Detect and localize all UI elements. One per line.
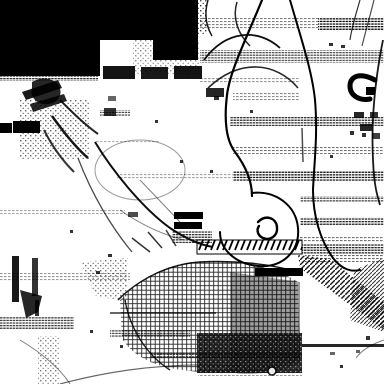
glyph-mark <box>370 112 378 118</box>
glitch-bar-2 <box>174 222 202 229</box>
speck-dot <box>329 43 333 46</box>
black-dash-3 <box>174 66 202 79</box>
streak-band-dark <box>300 217 384 226</box>
speck-dot <box>210 170 213 173</box>
streak-band <box>200 50 384 63</box>
glyph-mark <box>372 133 380 139</box>
speck-dot <box>120 345 123 348</box>
black-dash-2 <box>141 67 168 79</box>
streak-band-dark <box>318 17 384 31</box>
black-region-left <box>0 39 100 76</box>
speck-dot <box>90 330 93 333</box>
streak-band <box>300 236 384 242</box>
streak-band <box>0 208 125 214</box>
speck-dot <box>214 96 219 100</box>
dash-row-352 <box>150 352 302 358</box>
speck-dot <box>96 271 100 274</box>
streak-band <box>233 93 300 101</box>
speck-dot <box>180 160 183 163</box>
small-mark <box>366 336 370 340</box>
glitch-image <box>0 0 384 384</box>
glitch-canvas <box>0 0 384 384</box>
spiky-band-left <box>0 317 74 330</box>
speck-dot <box>330 155 333 158</box>
speck-dot <box>155 120 158 123</box>
glitch-bar-1 <box>174 212 203 219</box>
black-region-top <box>0 0 198 40</box>
speck-dot <box>362 133 366 137</box>
flag-tail <box>35 300 39 316</box>
speck-dot <box>250 110 253 113</box>
coil-band <box>197 240 302 254</box>
streak-band-dark <box>233 171 384 181</box>
small-mark <box>356 350 360 353</box>
black-dash-1 <box>103 66 135 79</box>
small-mark <box>330 352 335 355</box>
streak-band <box>233 147 384 154</box>
drip-stroke-2 <box>32 258 38 296</box>
streak-band <box>200 18 318 30</box>
edge-dash <box>0 123 12 133</box>
eye-hook-dot <box>366 87 375 95</box>
speck-dot <box>341 45 345 48</box>
speck-dot <box>108 254 112 257</box>
speck-dot <box>340 365 343 368</box>
glyph-mark <box>354 112 364 118</box>
circle-glyph <box>268 367 276 375</box>
vertical-glitch-line <box>302 128 303 162</box>
speck-dot <box>350 131 354 135</box>
drip-stroke-1 <box>12 256 19 302</box>
small-mark <box>100 110 130 116</box>
glyph-mark <box>360 124 372 131</box>
dash-row-330 <box>110 330 190 337</box>
small-mark <box>108 96 116 101</box>
glitch-dash-left <box>128 212 138 217</box>
speck-dot <box>70 230 73 233</box>
coil-band-rows <box>302 244 384 254</box>
rows-under-block <box>198 368 302 376</box>
streak-band <box>117 172 233 179</box>
small-mark <box>206 88 224 97</box>
